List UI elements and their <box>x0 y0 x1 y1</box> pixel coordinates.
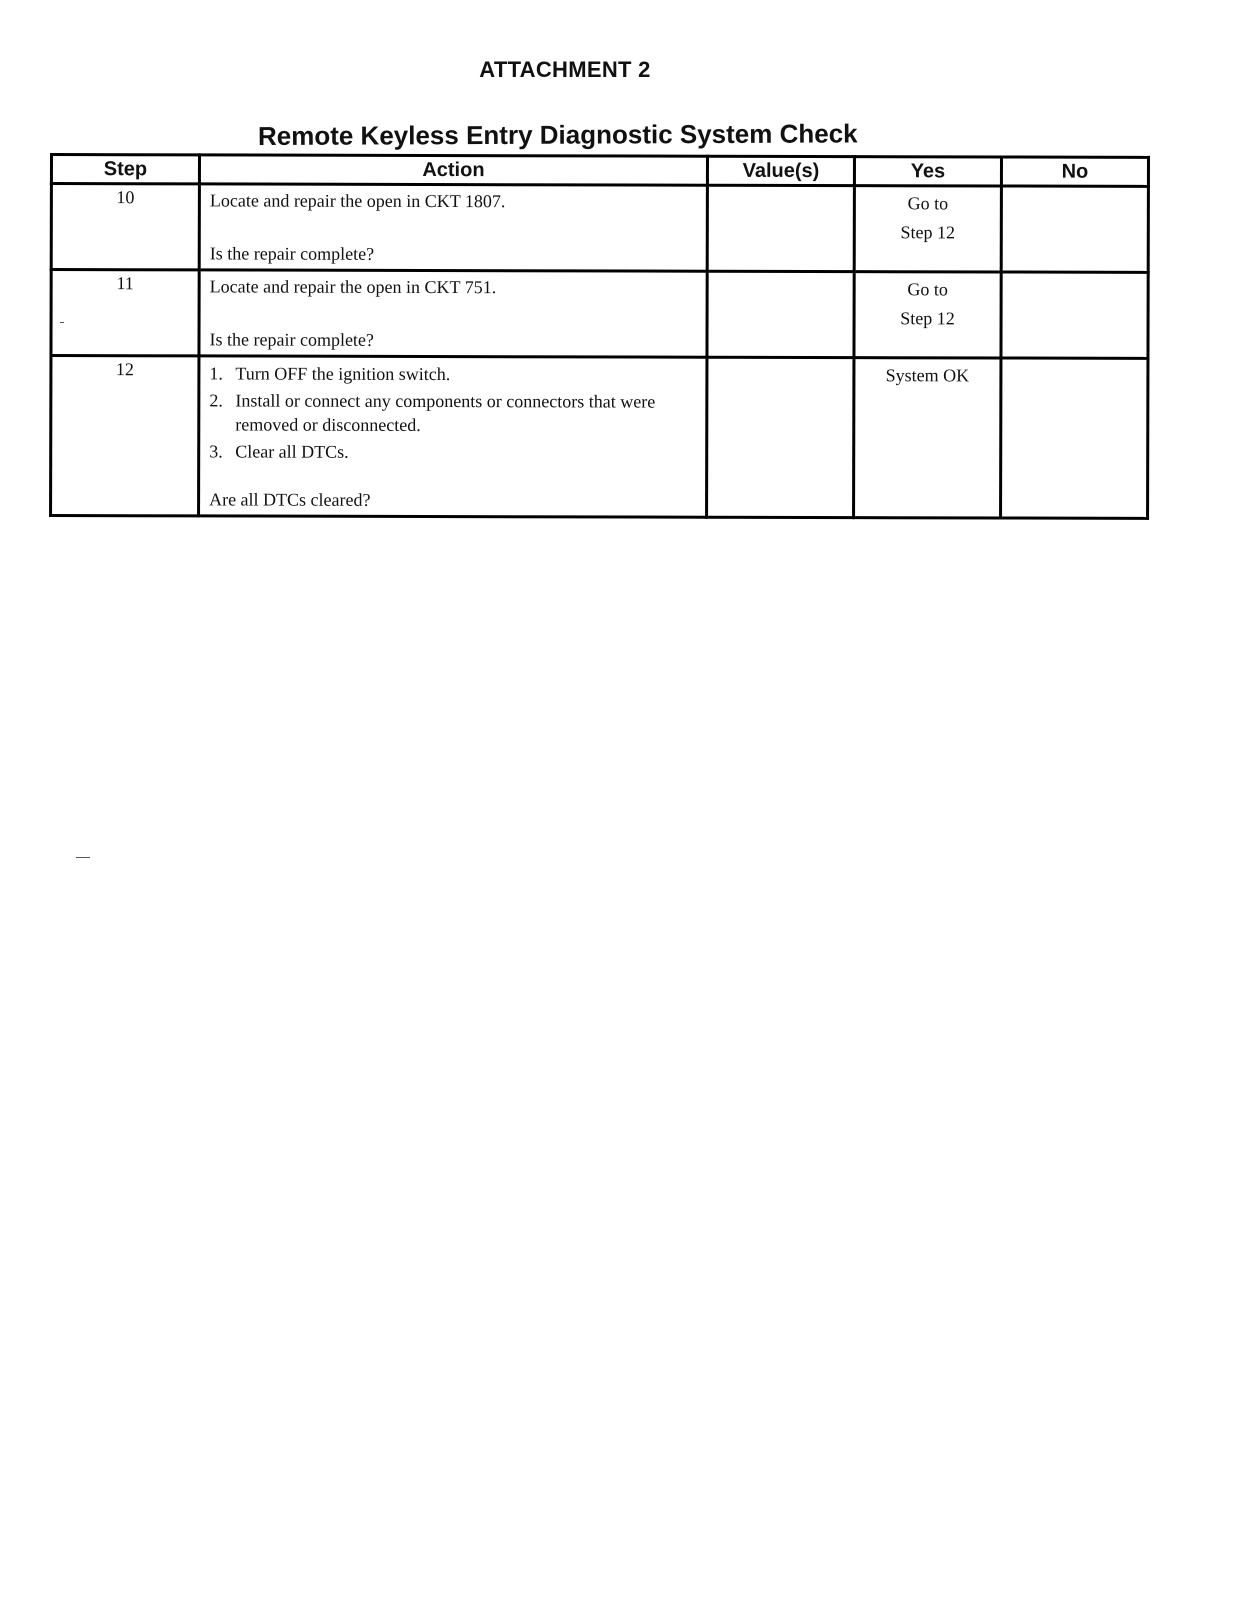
diagnostic-table-container: Step Action Value(s) Yes No 10 Locate an… <box>49 153 1150 520</box>
document-title: Remote Keyless Entry Diagnostic System C… <box>258 118 858 152</box>
action-step-list: 1. Turn OFF the ignition switch. 2. Inst… <box>209 361 697 464</box>
yes-text-line: Step 12 <box>856 218 1000 247</box>
step-number: 12 <box>51 356 199 516</box>
action-text: Locate and repair the open in CKT 1807. <box>210 189 698 212</box>
header-no: No <box>1001 157 1148 186</box>
header-action: Action <box>199 155 707 185</box>
scan-artifact <box>60 322 64 323</box>
action-cell: Locate and repair the open in CKT 1807. … <box>199 184 707 271</box>
header-values: Value(s) <box>707 156 854 185</box>
header-yes: Yes <box>854 157 1001 186</box>
no-cell <box>1001 272 1148 358</box>
action-step-text: Clear all DTCs. <box>235 441 349 461</box>
yes-cell: Go to Step 12 <box>854 186 1001 272</box>
action-cell: Locate and repair the open in CKT 751. I… <box>199 270 707 357</box>
action-step-number: 3. <box>209 439 231 463</box>
action-step-number: 2. <box>209 388 231 412</box>
step-number: 11 <box>51 270 199 356</box>
step-number: 10 <box>51 184 199 270</box>
table-row: 11 Locate and repair the open in CKT 751… <box>51 270 1148 359</box>
yes-text-line: Step 12 <box>856 304 1000 333</box>
value-cell <box>707 357 854 517</box>
yes-text-line: Go to <box>856 275 1000 304</box>
value-cell <box>707 271 854 357</box>
attachment-label: ATTACHMENT 2 <box>0 57 1130 83</box>
diagnostic-table: Step Action Value(s) Yes No 10 Locate an… <box>49 153 1150 520</box>
action-step: 1. Turn OFF the ignition switch. <box>235 361 697 386</box>
action-step-text: Turn OFF the ignition switch. <box>235 363 450 384</box>
header-step: Step <box>51 155 199 184</box>
table-row: 10 Locate and repair the open in CKT 180… <box>51 184 1148 273</box>
yes-text-line: Go to <box>856 189 1000 218</box>
table-row: 12 1. Turn OFF the ignition switch. 2. I… <box>51 356 1148 519</box>
yes-cell: Go to Step 12 <box>854 272 1001 358</box>
scan-artifact <box>76 857 90 858</box>
action-question: Are all DTCs cleared? <box>209 488 370 510</box>
action-step: 3. Clear all DTCs. <box>235 439 697 464</box>
action-step-text: Install or connect any components or con… <box>235 390 655 434</box>
no-cell <box>1001 358 1148 518</box>
no-cell <box>1001 186 1148 272</box>
table-header-row: Step Action Value(s) Yes No <box>51 155 1148 187</box>
action-question: Is the repair complete? <box>209 328 373 350</box>
action-question: Is the repair complete? <box>210 242 374 264</box>
action-text: Locate and repair the open in CKT 751. <box>210 275 698 298</box>
action-step-number: 1. <box>209 361 231 385</box>
action-step: 2. Install or connect any components or … <box>235 388 697 437</box>
value-cell <box>707 185 854 271</box>
action-cell: 1. Turn OFF the ignition switch. 2. Inst… <box>199 356 707 517</box>
yes-cell: System OK <box>854 358 1001 518</box>
yes-text-line: System OK <box>855 361 999 390</box>
